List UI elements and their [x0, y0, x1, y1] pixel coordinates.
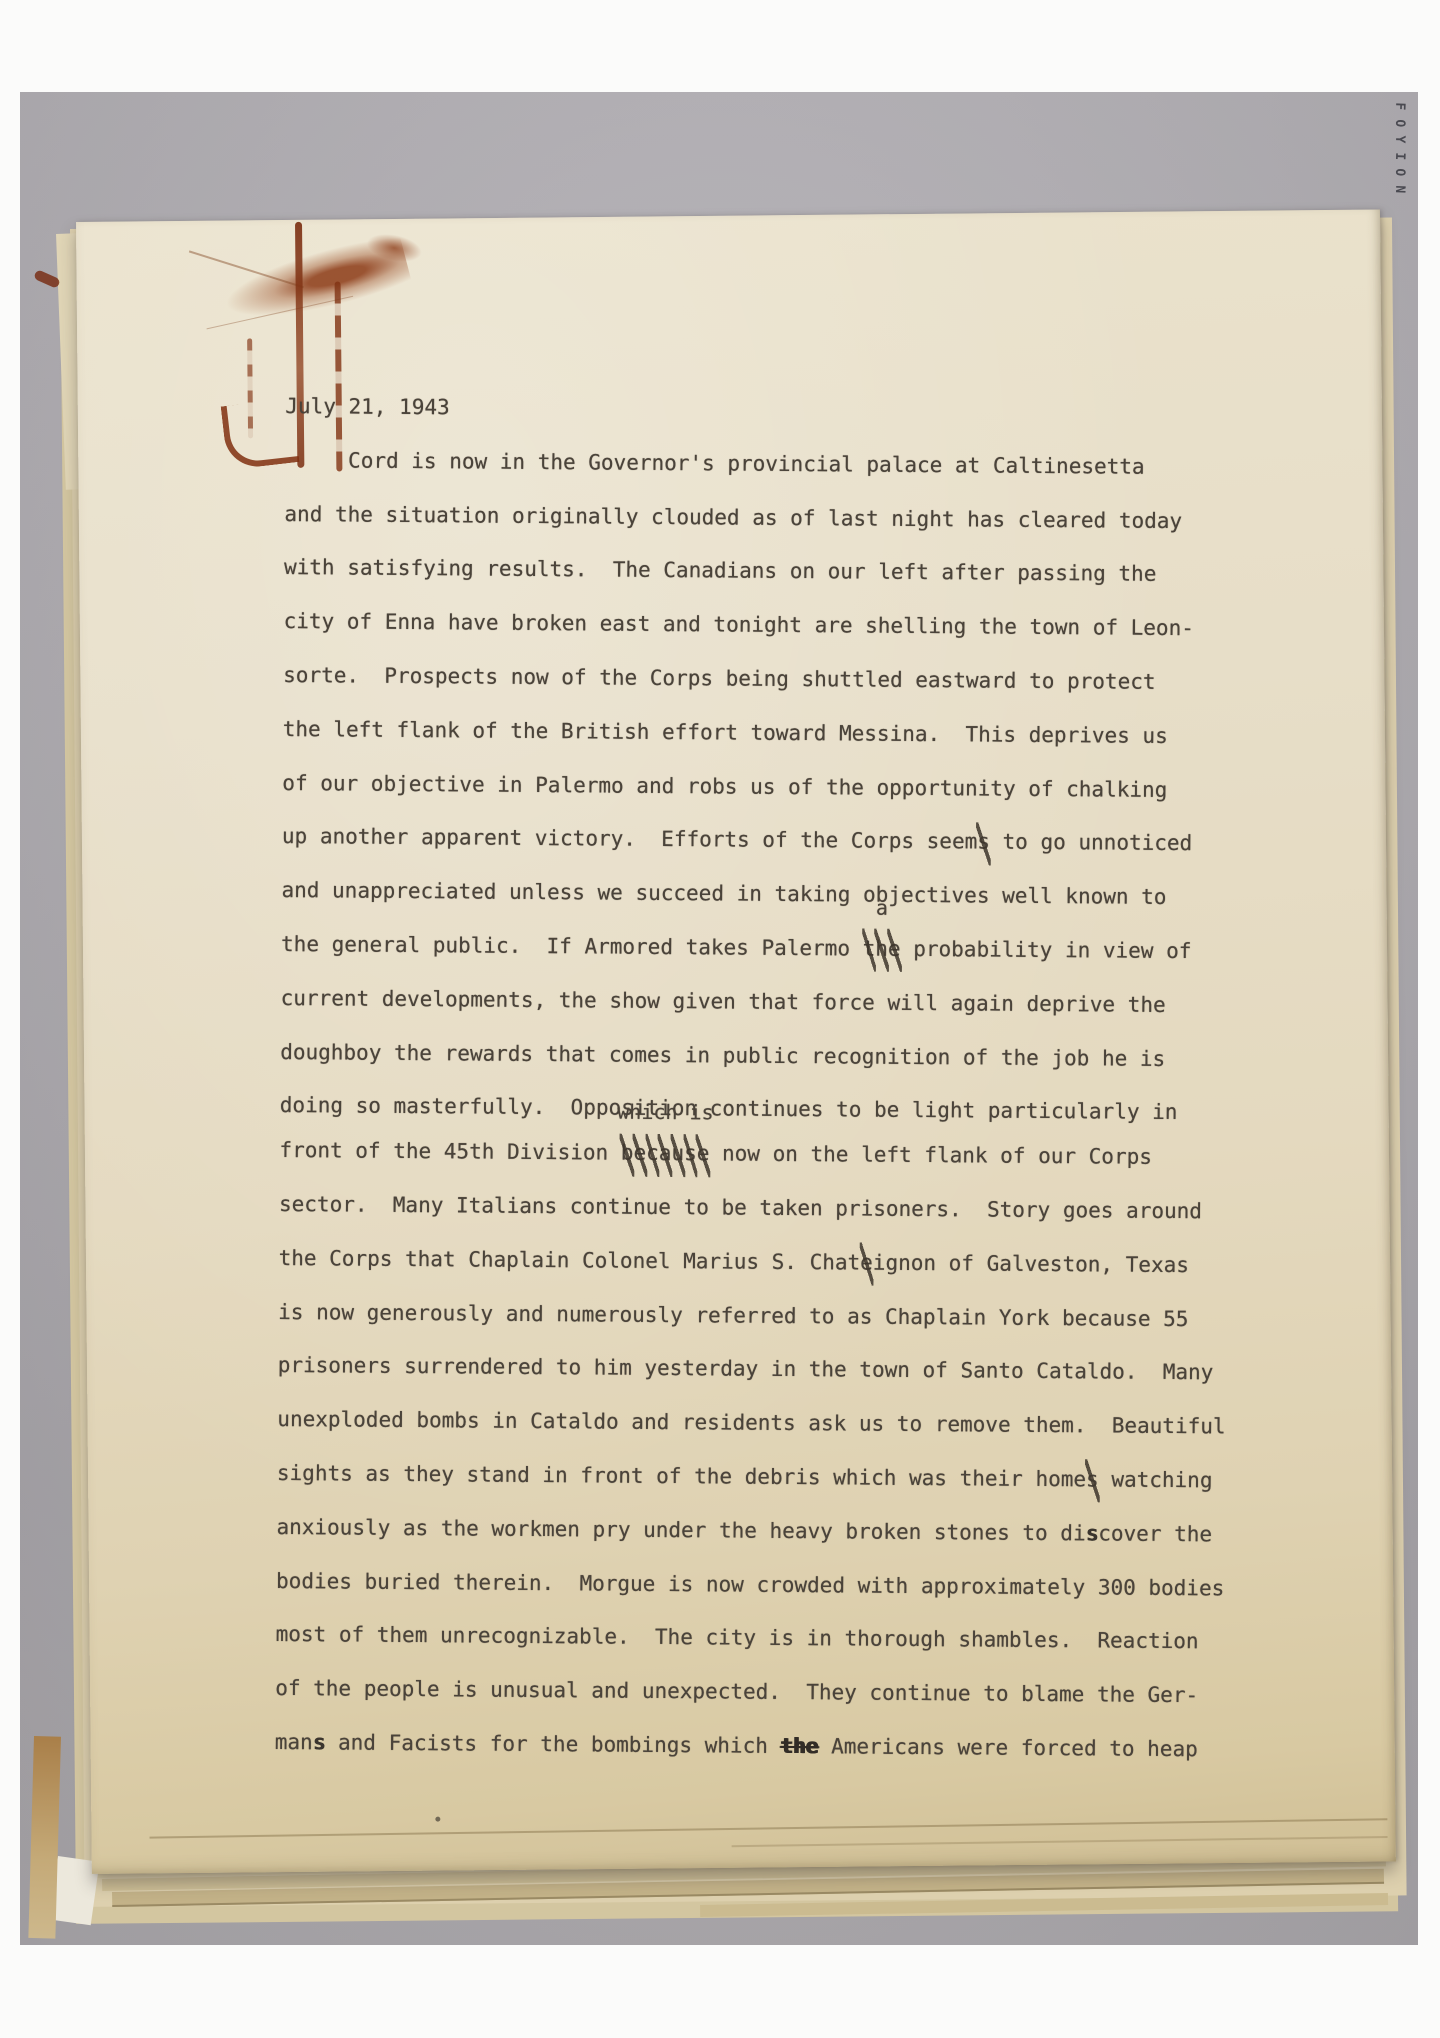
typed-line: of our objective in Palermo and robs us …: [282, 757, 1231, 818]
typed-line: anxiously as the workmen pry under the h…: [276, 1501, 1225, 1562]
rust-streak: [335, 281, 343, 471]
rust-stain: [219, 231, 413, 332]
document-page: July 21, 1943 Cord is now in the Governo…: [76, 209, 1396, 1873]
typed-line: mans and Facists for the bombings which …: [275, 1716, 1224, 1777]
protruding-sheet-edge: [28, 1736, 61, 1939]
rust-scratch: [207, 296, 354, 330]
typed-line: and unappreciated unless we succeed in t…: [281, 864, 1230, 925]
typed-line: sorte. Prospects now of the Corps being …: [283, 649, 1232, 710]
typed-line: front of the 45th Division which isbecau…: [279, 1124, 1228, 1185]
typed-line: the general public. If Armored takes Pal…: [281, 918, 1230, 979]
typed-line: with satisfying results. The Canadians o…: [284, 541, 1233, 602]
typed-line: unexploded bombs in Cataldo and resident…: [277, 1393, 1226, 1454]
typed-line: doughboy the rewards that comes in publi…: [280, 1026, 1229, 1087]
typed-line: is now generously and numerously referre…: [278, 1286, 1227, 1347]
typed-line: sector. Many Italians continue to be tak…: [279, 1178, 1228, 1239]
struck-text: s: [1086, 1467, 1099, 1491]
typed-line: of the people is unusual and unexpected.…: [275, 1662, 1224, 1723]
overtyped-text: s: [1086, 1521, 1099, 1545]
inserted-correction: which is: [617, 1102, 713, 1123]
typed-line: prisoners surrendered to him yesterday i…: [278, 1339, 1227, 1400]
typed-line: current developments, the show given tha…: [280, 972, 1229, 1033]
struck-text: because: [621, 1141, 710, 1166]
typed-line: up another apparent victory. Efforts of …: [282, 810, 1231, 871]
struck-text: the: [780, 1734, 818, 1758]
typed-line: most of them unrecognizable. The city is…: [275, 1608, 1224, 1669]
typed-line: and the situation originally clouded as …: [284, 488, 1233, 549]
typed-line: doing so masterfully. Opposition continu…: [280, 1079, 1229, 1140]
typed-line: bodies buried therein. Morgue is now cro…: [276, 1554, 1225, 1615]
rust-streak: [221, 398, 300, 470]
struck-text: e: [860, 1250, 873, 1274]
typed-line: July 21, 1943: [285, 380, 1234, 441]
rust-streak: [295, 222, 304, 468]
paper-crease: [732, 1836, 1388, 1847]
typed-line: Cord is now in the Governor's provincial…: [285, 434, 1234, 495]
struck-text: the: [863, 937, 901, 961]
rust-stain: [364, 230, 424, 267]
typed-line: the Corps that Chaplain Colonel Marius S…: [278, 1232, 1227, 1293]
rust-streak: [247, 338, 253, 438]
scanned-document: FOYION July 21, 1943 Cord is now in the …: [0, 0, 1440, 2038]
edge-stamp-text: FOYION: [1390, 98, 1408, 197]
overtyped-text: s: [313, 1730, 326, 1754]
paper-crease: [150, 1818, 1388, 1838]
ink-fleck: [435, 1817, 440, 1822]
struck-text: s: [977, 830, 990, 854]
typed-text: July 21, 1943 Cord is now in the Governo…: [275, 380, 1234, 1777]
typed-line: the left flank of the British effort tow…: [283, 703, 1232, 764]
rust-scratch: [189, 250, 304, 288]
typed-line: city of Enna have broken east and tonigh…: [283, 595, 1232, 656]
typed-line: sights as they stand in front of the deb…: [277, 1447, 1226, 1508]
inserted-correction: a: [876, 898, 888, 918]
